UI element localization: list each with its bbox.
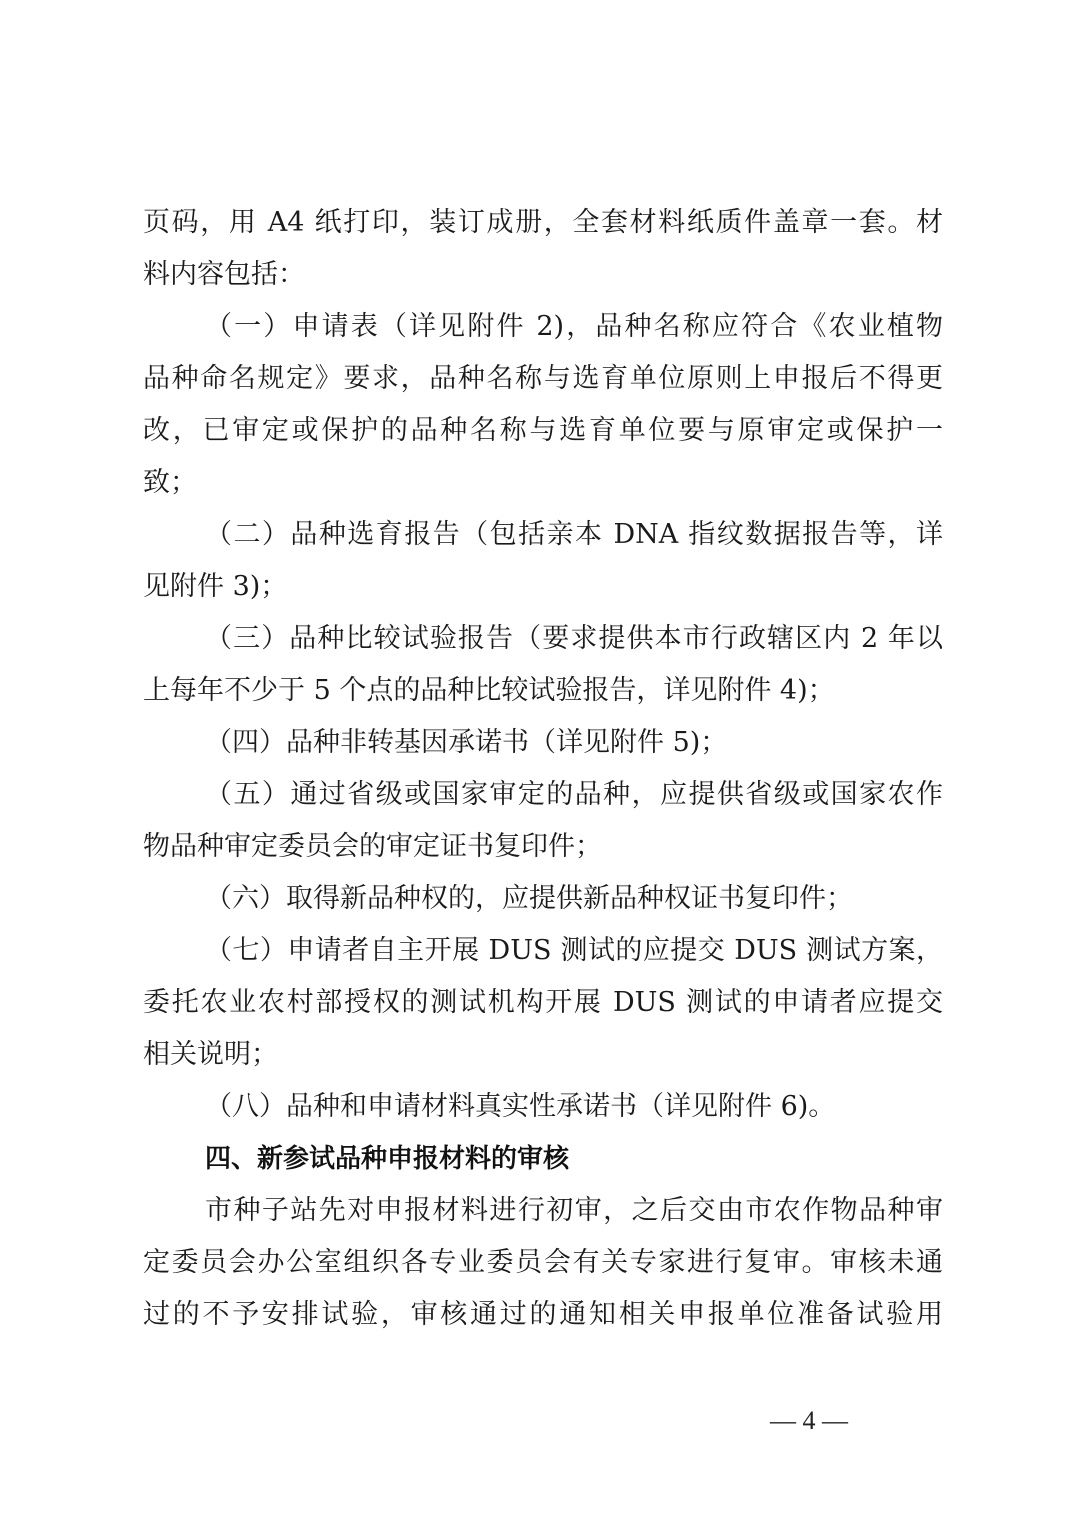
paragraph-line: 定委员会办公室组织各专业委员会有关专家进行复审。审核未通 [143, 1246, 943, 1280]
list-item-5-line: （五）通过省级或国家审定的品种，应提供省级或国家农作 [205, 778, 943, 812]
section-heading: 四、新参试品种申报材料的审核 [205, 1142, 569, 1176]
list-item-6-line: （六）取得新品种权的，应提供新品种权证书复印件； [205, 882, 943, 916]
list-item-1-line: 品种命名规定》要求，品种名称与选育单位原则上申报后不得更 [143, 362, 943, 396]
list-item-1-line: 致； [143, 466, 943, 500]
paragraph-line: 市种子站先对申报材料进行初审，之后交由市农作物品种审 [205, 1194, 943, 1228]
paragraph-line: 过的不予安排试验，审核通过的通知相关申报单位准备试验用 [143, 1298, 943, 1332]
list-item-7-line: 委托农业农村部授权的测试机构开展 DUS 测试的申请者应提交 [143, 986, 943, 1020]
list-item-3-line: （三）品种比较试验报告（要求提供本市行政辖区内 2 年以 [205, 622, 943, 656]
list-item-2-line: 见附件 3)； [143, 570, 943, 604]
list-item-7-line: （七）申请者自主开展 DUS 测试的应提交 DUS 测试方案， [205, 934, 943, 968]
list-item-1-line: 改，已审定或保护的品种名称与选育单位要与原审定或保护一 [143, 414, 943, 448]
paragraph-line: 料内容包括： [143, 258, 943, 292]
list-item-2-line: （二）品种选育报告（包括亲本 DNA 指纹数据报告等，详 [205, 518, 943, 552]
list-item-5-line: 物品种审定委员会的审定证书复印件； [143, 830, 943, 864]
list-item-4-line: （四）品种非转基因承诺书（详见附件 5)； [205, 726, 943, 760]
list-item-8-line: （八）品种和申请材料真实性承诺书（详见附件 6)。 [205, 1090, 943, 1124]
list-item-1-line: （一）申请表（详见附件 2)，品种名称应符合《农业植物 [205, 310, 943, 344]
paragraph-line: 页码，用 A4 纸打印，装订成册，全套材料纸质件盖章一套。材 [143, 206, 943, 240]
page-number: — 4 — [770, 1404, 848, 1438]
list-item-7-line: 相关说明； [143, 1038, 943, 1072]
list-item-3-line: 上每年不少于 5 个点的品种比较试验报告，详见附件 4)； [143, 674, 943, 708]
document-page: 页码，用 A4 纸打印，装订成册，全套材料纸质件盖章一套。材 料内容包括： （一… [0, 0, 1074, 1520]
